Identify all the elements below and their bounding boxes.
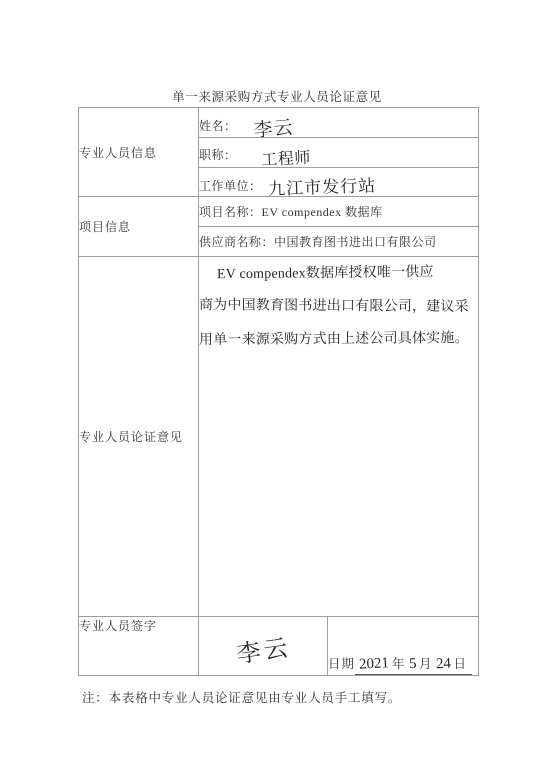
workunit-field-label: 工作单位： [199,179,262,193]
jobtitle-field-label: 职称： [199,148,237,162]
handwritten-month: 5 [408,656,416,673]
handwritten-workunit-value: 九江市发行站 [267,171,376,200]
verification-form-table: 专业人员信息 姓名：李云 职称：工程师 工作单位：九江市发行站 项目信息 项目名… [78,107,479,676]
year-unit-label: 年 [392,657,406,671]
opinion-section-label: 专业人员论证意见 [79,430,183,444]
day-unit-label: 日 [454,657,468,671]
name-field-label: 姓名： [199,119,237,133]
supplier-value: 中国教育图书进出口有限公司 [274,235,437,249]
handwritten-jobtitle-value: 工程师 [260,145,311,171]
signature-section-label: 专业人员签字 [79,619,157,633]
date-cell: 日期2021年5月24日 [328,617,479,676]
page-title: 单一来源采购方式专业人员论证意见 [0,87,554,105]
project-name-row-cell: 项目名称：EV compendex 数据库 [199,197,479,227]
date-value-group: 2021年5月24日 [355,654,472,675]
footer-note: 注：本表格中专业人员论证意见由专业人员手工填写。 [82,688,401,706]
section-label-personnel: 专业人员信息 [79,108,199,197]
handwritten-opinion-line: EV compendex数据库授权唯一供应 [199,256,478,292]
jobtitle-row-cell: 职称：工程师 [199,138,479,168]
personnel-section-label: 专业人员信息 [79,146,157,160]
project-name-value: EV compendex 数据库 [262,205,383,219]
name-row-cell: 姓名：李云 [199,108,479,138]
month-unit-label: 月 [419,657,433,671]
supplier-label: 供应商名称： [199,235,274,249]
section-label-signature: 专业人员签字 [79,617,199,676]
project-name-label: 项目名称： [199,205,262,219]
project-section-label: 项目信息 [79,220,131,234]
date-label: 日期 [328,657,355,671]
handwritten-day: 24 [435,656,451,674]
handwritten-opinion-line: 用单一来源采购方式由上述公司具体实施。 [199,322,478,357]
table-row: 项目信息 项目名称：EV compendex 数据库 [79,197,479,227]
signature-cell: 李云 [199,617,328,676]
section-label-project: 项目信息 [79,197,199,257]
handwritten-signature: 李云 [234,627,292,669]
table-row: 专业人员签字 李云 日期2021年5月24日 [79,617,479,676]
handwritten-opinion-line: 商为中国教育图书进出口有限公司，建议采 [199,289,478,324]
handwritten-name-value: 李云 [252,112,294,142]
workunit-row-cell: 工作单位：九江市发行站 [199,168,479,197]
opinion-content-cell: EV compendex数据库授权唯一供应 商为中国教育图书进出口有限公司，建议… [199,257,479,617]
section-label-opinion: 专业人员论证意见 [79,257,199,617]
handwritten-year: 2021 [359,655,390,674]
scanned-form-page: 单一来源采购方式专业人员论证意见 专业人员信息 姓名：李云 职称：工程师 工作单… [0,0,554,783]
table-row: 专业人员信息 姓名：李云 [79,108,479,138]
table-row: 专业人员论证意见 EV compendex数据库授权唯一供应 商为中国教育图书进… [79,257,479,617]
supplier-row-cell: 供应商名称：中国教育图书进出口有限公司 [199,227,479,257]
